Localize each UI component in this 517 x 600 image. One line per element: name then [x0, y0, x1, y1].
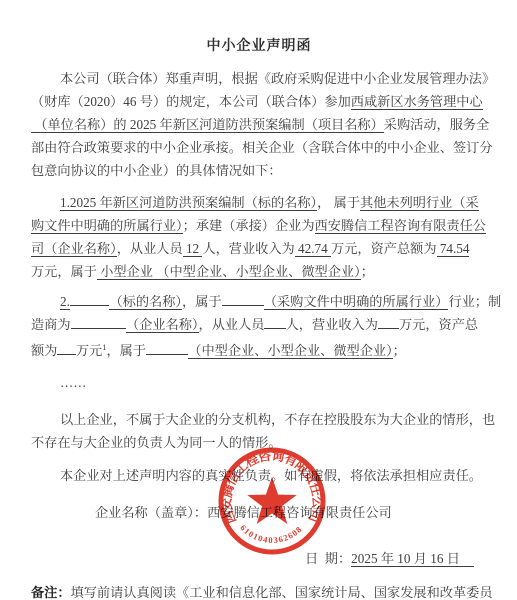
- paragraph: 本企业对上述声明内容的真实性负责。如有虚假，将依法承担相应责任。: [31, 464, 487, 487]
- text-segment: 万元，属于: [31, 264, 97, 279]
- document-title: 中小企业声明函: [31, 0, 487, 58]
- underlined-text-segment: 小型企业: [97, 264, 156, 280]
- text-segment: ，属于: [106, 343, 146, 358]
- text-segment: 部由符合政策要求的中小企业承接。相关企业（含联合体中的中小企业、签订分: [31, 140, 493, 155]
- text-line: 1.2025 年新区河道防洪预案编制（标的名称）， 属于其他未列明行业（采: [31, 191, 487, 214]
- date-label: 日 期：: [305, 551, 351, 566]
- text-segment: 人，营业收入为: [202, 241, 294, 256]
- text-segment: 造商为: [31, 317, 71, 332]
- declaration-document-page: 中小企业声明函 本公司（联合体）郑重声明，根据《政府采购促进中小企业发展管理办法…: [0, 0, 517, 600]
- text-segment: 包意向协议的中小企业）的具体情况如下：: [31, 163, 282, 178]
- text-line: 造商为（企业名称），从业人员人，营业收入为万元，资产总: [31, 313, 487, 336]
- underlined-text-segment: （企业名称）: [126, 317, 199, 333]
- underlined-text-segment: （采购文件中明确的所属行业）: [264, 294, 449, 310]
- text-segment: 本公司（联合体）郑重声明，根据《政府采购促进中小企业发展管理办法》: [60, 71, 495, 86]
- text-segment: ，从业人员: [199, 317, 265, 332]
- text-line: 包意向协议的中小企业）的具体情况如下：: [31, 159, 487, 182]
- text-segment: 额为: [31, 343, 57, 358]
- underlined-text-segment: （标的名称）: [109, 294, 182, 310]
- text-line: 不存在与大企业的负责人为同一人的情形。: [31, 431, 487, 454]
- blank-field: [222, 291, 264, 306]
- text-line: （单位名称）的 2025 年新区河道防洪预案编制（项目名称）采购活动，服务全: [31, 113, 487, 136]
- text-segment: 万元，资产总额为: [331, 241, 437, 256]
- blank-field: [378, 314, 399, 329]
- text-segment: 采购活动，服务全: [384, 117, 490, 132]
- paragraph: 本公司（联合体）郑重声明，根据《政府采购促进中小企业发展管理办法》（财库（202…: [31, 67, 487, 182]
- paragraph: 以上企业，不属于大企业的分支机构，不存在控股股东为大企业的情形，也不存在与大企业…: [31, 408, 487, 454]
- text-line: 额为万元1，属于（中型企业、小型企业、微型企业）；: [31, 336, 487, 362]
- text-segment: 万元: [76, 343, 102, 358]
- text-segment: 以上企业，不属于大企业的分支机构，不存在控股股东为大企业的情形，也: [60, 412, 495, 427]
- underlined-text-segment: 西安腾信工程咨询有限责任公: [315, 218, 486, 234]
- underlined-text-segment: 西咸新区水务管理中心: [351, 94, 483, 110]
- document-body: 本公司（联合体）郑重声明，根据《政府采购促进中小企业发展管理办法》（财库（202…: [31, 67, 487, 487]
- paragraph: 1.2025 年新区河道防洪预案编制（标的名称）， 属于其他未列明行业（采购文件…: [31, 191, 487, 283]
- document-content: 中小企业声明函 本公司（联合体）郑重声明，根据《政府采购促进中小企业发展管理办法…: [31, 0, 487, 600]
- text-segment: 人，营业收入为: [286, 317, 378, 332]
- text-segment: ，属于: [182, 294, 222, 309]
- text-line: 本公司（联合体）郑重声明，根据《政府采购促进中小企业发展管理办法》: [31, 67, 487, 90]
- text-line: 2.（标的名称），属于（采购文件中明确的所属行业）行业；制: [31, 290, 487, 313]
- text-line: 购文件中明确的所属行业）；承建（承接）企业为西安腾信工程咨询有限责任公: [31, 214, 487, 237]
- text-segment: 万元，资产总: [399, 317, 478, 332]
- underlined-text-segment: （中型企业、小型企业、微型企业）: [188, 343, 392, 359]
- underlined-text-segment: 12: [183, 241, 203, 257]
- note-line: 备注：填写前请认真阅读《工业和信息化部、国家统计局、国家发展和改革委员: [31, 581, 487, 600]
- text-line: 万元，属于 小型企业 （中型企业、小型企业、微型企业）；: [31, 260, 487, 283]
- blank-field: [70, 291, 110, 306]
- text-line: 司（企业名称），从业人员 12 人，营业收入为 42.74 万元，资产总额为 7…: [31, 237, 487, 260]
- text-line: ……: [31, 371, 487, 394]
- blank-field: [264, 314, 285, 329]
- signature-line: 企业名称（盖章）：西安腾信工程咨询有限责任公司: [31, 501, 487, 524]
- text-segment: ，从业人员: [117, 241, 183, 256]
- text-segment: ， 属于: [317, 195, 360, 210]
- text-segment: ；承建（承接）企业为: [183, 218, 315, 233]
- text-segment: ；: [393, 343, 406, 358]
- note-text: 填写前请认真阅读《工业和信息化部、国家统计局、国家发展和改革委员: [71, 585, 493, 600]
- text-segment: 行业；制: [448, 294, 501, 309]
- underlined-text-segment: （单位名称）的 2025 年新区河道防洪预案编制（项目名称）: [31, 117, 384, 133]
- text-segment: （财库（2020）46 号）的规定，本公司（联合体）参加: [31, 94, 351, 109]
- text-segment: 本企业对上述声明内容的真实性负责。如有虚假，将依法承担相应责任。: [60, 468, 482, 483]
- underlined-text-segment: 购文件中明确的所属行业）: [31, 218, 183, 234]
- note-label: 备注：: [31, 585, 71, 600]
- text-line: 以上企业，不属于大企业的分支机构，不存在控股股东为大企业的情形，也: [31, 408, 487, 431]
- text-line: 本企业对上述声明内容的真实性负责。如有虚假，将依法承担相应责任。: [31, 464, 487, 487]
- paragraph: 2.（标的名称），属于（采购文件中明确的所属行业）行业；制造商为（企业名称），从…: [31, 290, 487, 362]
- underlined-text-segment: 74.54: [437, 241, 470, 257]
- text-line: （财库（2020）46 号）的规定，本公司（联合体）参加西咸新区水务管理中心: [31, 90, 487, 113]
- text-segment: ……: [60, 375, 86, 390]
- signature-company-value: 西安腾信工程咨询有限责任公司: [207, 505, 392, 520]
- blank-field: [146, 340, 188, 355]
- underlined-text-segment: 其他未列明行业（采: [360, 195, 479, 211]
- text-segment: 不存在与大企业的负责人为同一人的情形。: [31, 435, 282, 450]
- date-value: 2025 年 10 月 16 日: [351, 551, 474, 567]
- blank-field: [57, 340, 75, 355]
- underlined-text-segment: 1.2025 年新区河道防洪预案编制（标的名称）: [60, 195, 317, 211]
- text-segment: ；: [361, 264, 374, 279]
- underlined-text-segment: （中型企业、小型企业、微型企业）: [156, 264, 360, 280]
- underlined-text-segment: 司（企业名称）: [31, 241, 117, 257]
- underlined-text-segment: 2.: [60, 294, 70, 310]
- signature-label: 企业名称（盖章）：: [95, 505, 207, 520]
- paragraph: ……: [31, 371, 487, 394]
- underlined-text-segment: 42.74: [295, 241, 331, 257]
- blank-field: [71, 314, 126, 329]
- text-line: 部由符合政策要求的中小企业承接。相关企业（含联合体中的中小企业、签订分: [31, 136, 487, 159]
- date-line: 日 期：2025 年 10 月 16 日: [31, 547, 487, 570]
